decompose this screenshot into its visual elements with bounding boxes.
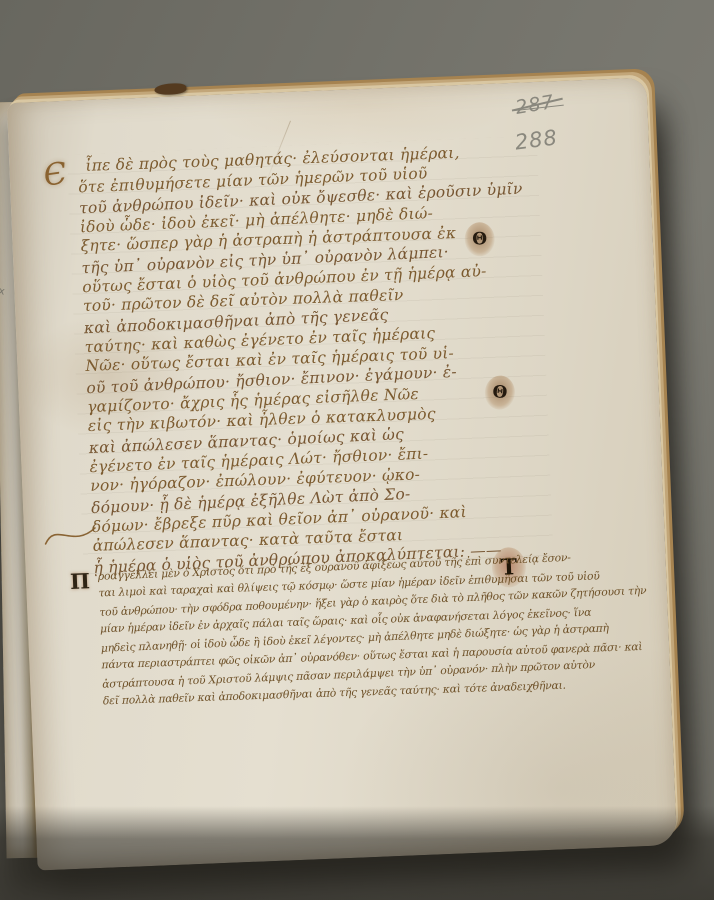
manuscript-page: 287 288 Є Θ Θ T Π ἶπε δὲ πρὸς τοὺς μαθητ… <box>7 77 677 870</box>
pencil-x-mark: x <box>0 286 6 298</box>
manuscript-photo: x 287 288 Є Θ Θ T Π ἶπε δὲ πρὸς τοὺς μαθ… <box>0 0 714 900</box>
kai-flourish-icon <box>42 518 99 558</box>
folio-number-crossed: 287 <box>514 91 556 119</box>
leather-fragment <box>154 83 186 95</box>
pi-initial: Π <box>70 568 91 594</box>
epsilon-ornament-initial: Є <box>41 156 69 194</box>
